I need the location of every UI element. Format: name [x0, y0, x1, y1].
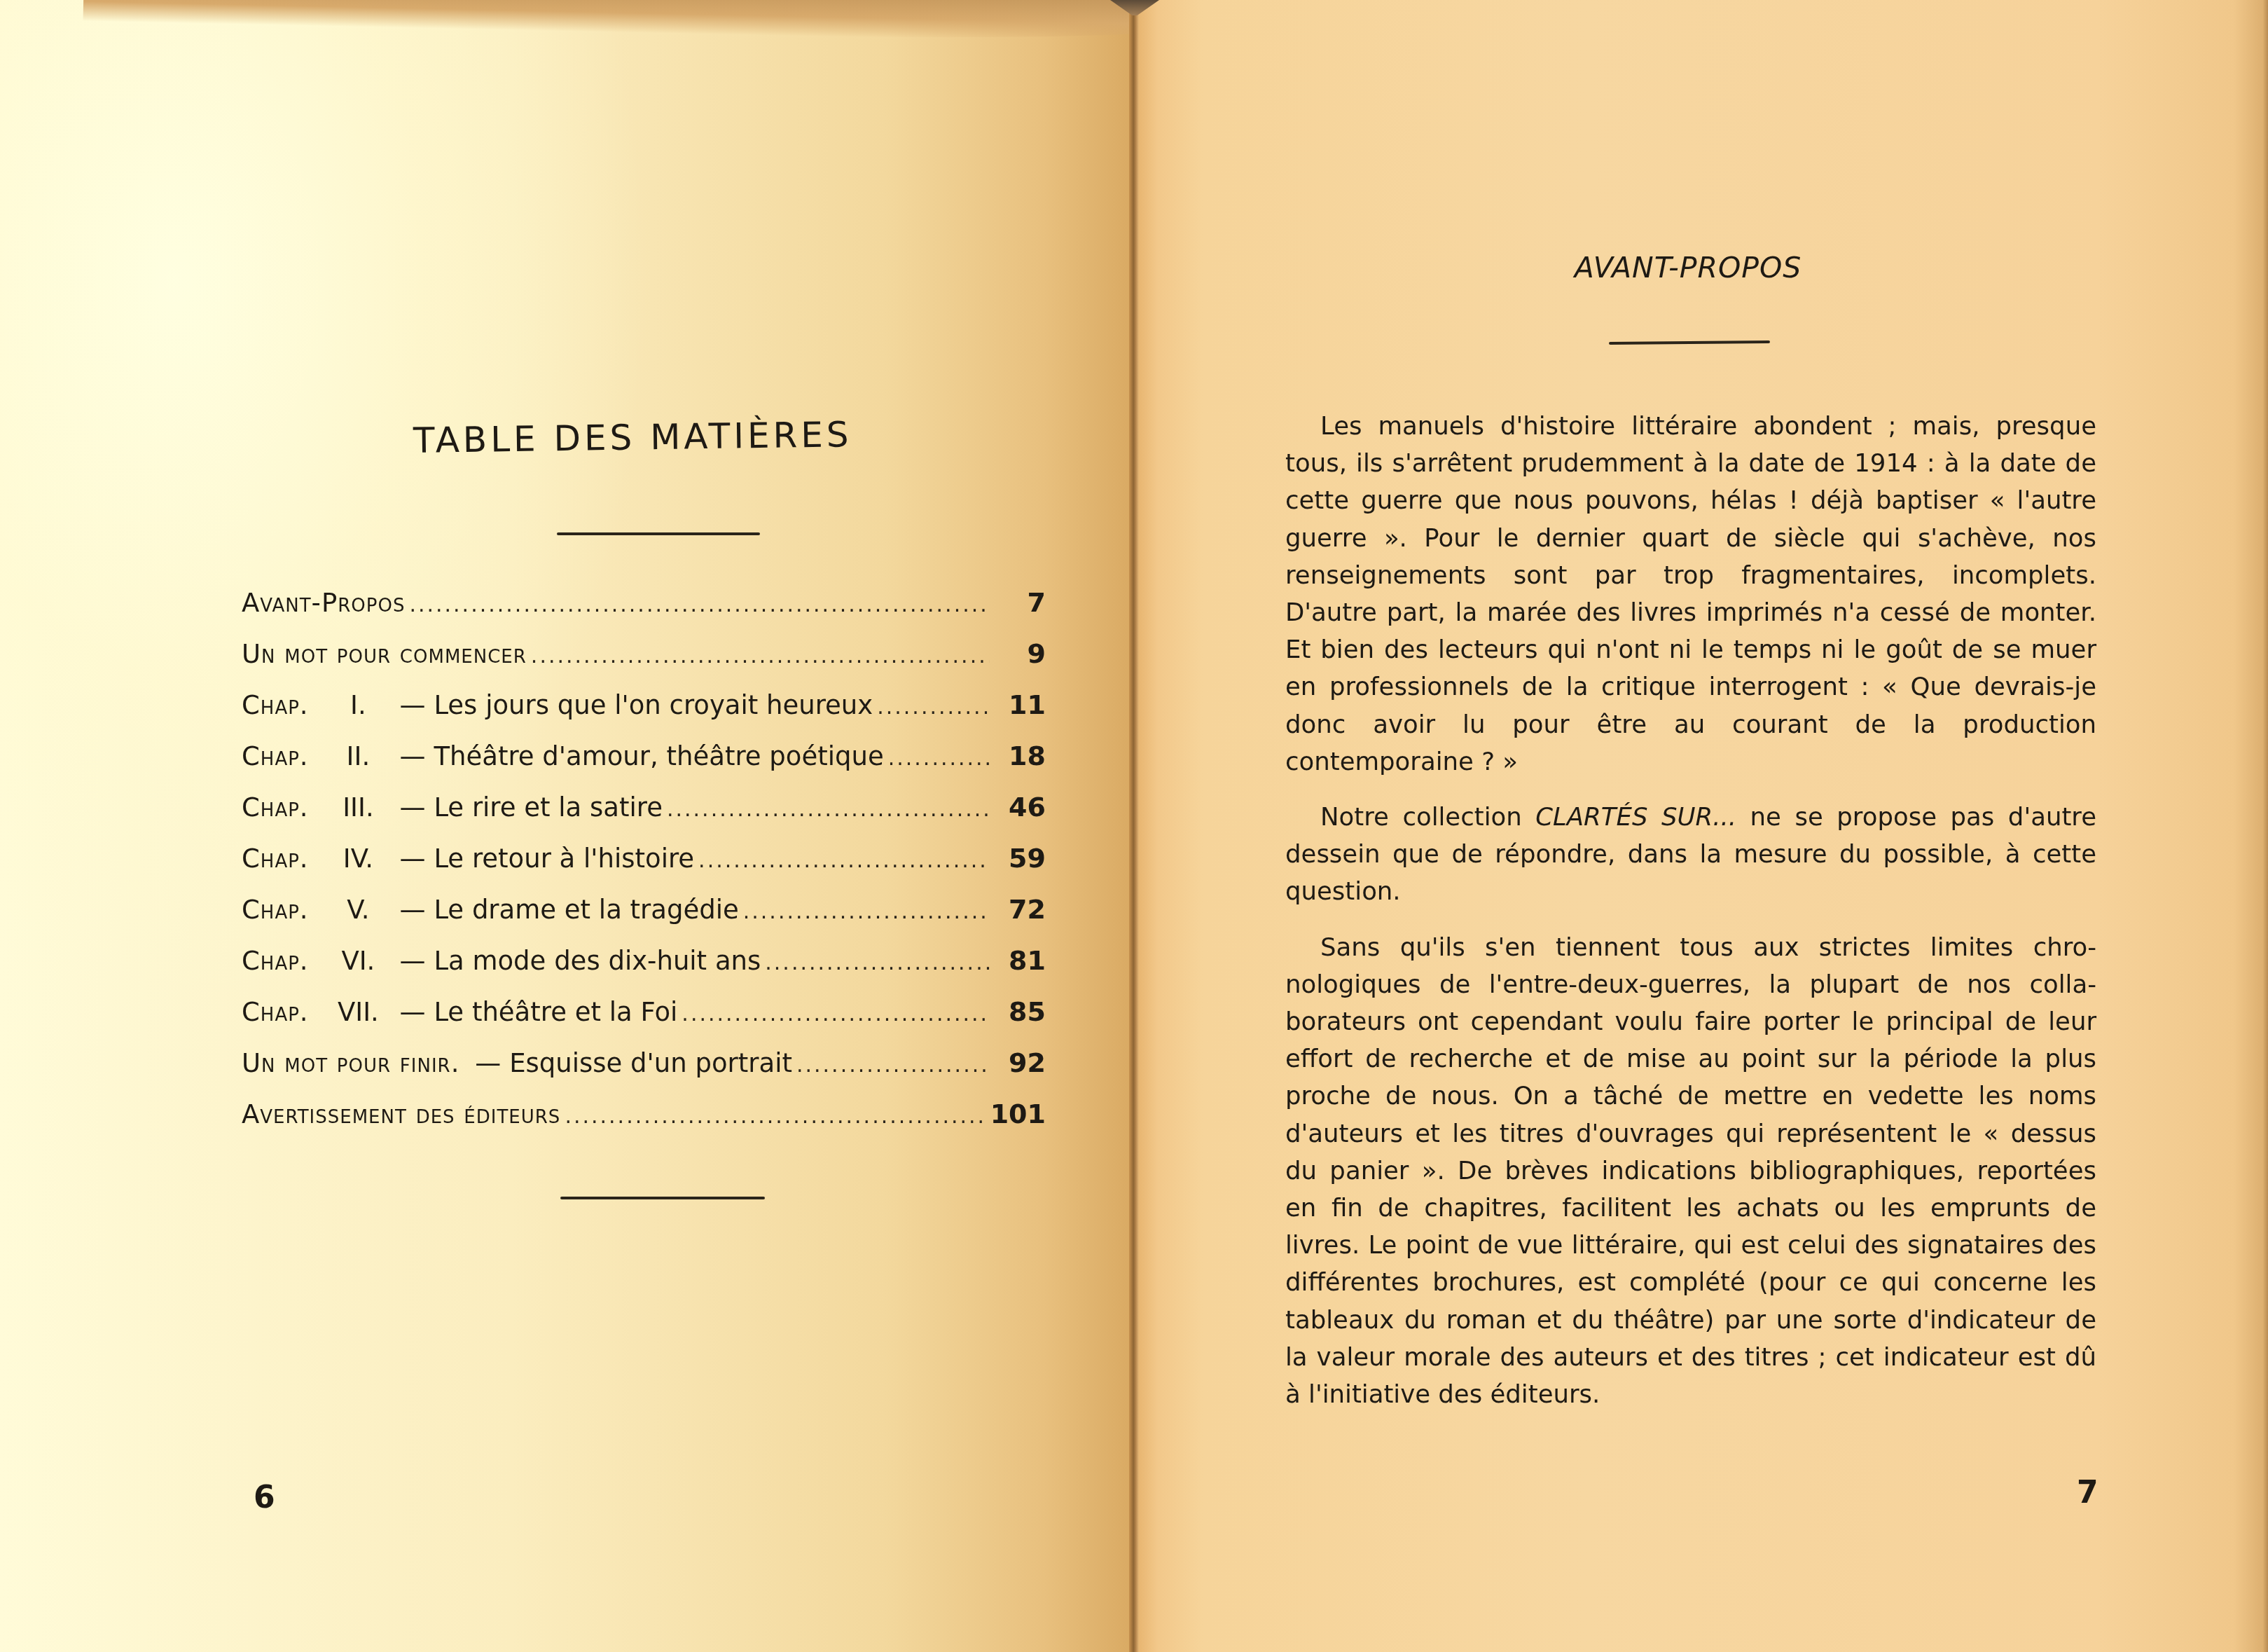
book-spread: TABLE DES MATIÈRES Avant-Propos 7 Un mot… — [0, 0, 2268, 1652]
toc-dash: — — [399, 844, 425, 874]
toc-entry-chapter-2[interactable]: Chap. II.—Théâtre d'amour, théâtre poéti… — [242, 741, 1046, 792]
toc-chapter-number: IV. — [317, 844, 399, 874]
avant-propos-title: AVANT-PROPOS — [1569, 251, 1807, 284]
toc-page-number: 85 — [997, 996, 1046, 1027]
end-divider — [560, 1197, 765, 1199]
dot-leader — [667, 797, 990, 822]
toc-entry-chapter-5[interactable]: Chap. V.—Le drame et la tragédie 72 — [242, 894, 1046, 945]
page-number-right: 7 — [2077, 1475, 2098, 1510]
toc-chap-prefix: Chap. — [242, 844, 309, 874]
toc-chap-prefix: Chap. — [242, 946, 309, 976]
book-gutter — [1129, 0, 1139, 1652]
toc-chapter-number: II. — [317, 741, 399, 771]
toc-dash: — — [399, 997, 425, 1027]
toc-page-number: 46 — [997, 792, 1046, 822]
toc-title: TABLE DES MATIÈRES — [413, 413, 904, 461]
toc-entry-chapter-3[interactable]: Chap. III.—Le rire et la satire 46 — [242, 792, 1046, 843]
toc-entry-un-mot-pour-finir[interactable]: Un mot pour finir. —Esquisse d'un portra… — [242, 1047, 1046, 1099]
left-page: TABLE DES MATIÈRES Avant-Propos 7 Un mot… — [0, 0, 1135, 1652]
title-divider — [557, 532, 760, 535]
toc-entry-avant-propos[interactable]: Avant-Propos 7 — [242, 587, 1046, 638]
toc-dash: — — [399, 690, 425, 720]
dot-leader — [682, 1002, 990, 1026]
toc-entry-chapter-1[interactable]: Chap. I.—Les jours que l'on croyait heur… — [242, 689, 1046, 741]
toc-page-number: 59 — [997, 843, 1046, 874]
toc-chapter-title: Les jours que l'on croyait heureux — [434, 690, 873, 720]
toc-chapter-number: VII. — [317, 997, 399, 1027]
table-of-contents: Avant-Propos 7 Un mot pour commencer 9 C… — [242, 587, 1046, 1150]
dot-leader — [531, 644, 990, 668]
toc-chapter-title: Le retour à l'histoire — [434, 844, 694, 874]
toc-entry-un-mot-pour-commencer[interactable]: Un mot pour commencer 9 — [242, 638, 1046, 689]
dot-leader — [743, 900, 990, 924]
avant-propos-body: Les manuels d'histoire littéraire abonde… — [1285, 408, 2096, 1431]
collection-name: CLARTÉS SUR... — [1535, 803, 1736, 832]
toc-entry-label: Avant-Propos — [242, 588, 405, 618]
toc-chapter-number: V. — [317, 895, 399, 925]
toc-entry-avertissement[interactable]: Avertissement des éditeurs 101 — [242, 1099, 1046, 1150]
paragraph-1: Les manuels d'histoire littéraire abonde… — [1285, 408, 2096, 780]
toc-chapter-title: Théâtre d'amour, théâtre poétique — [434, 741, 883, 771]
toc-page-number: 18 — [997, 741, 1046, 771]
dot-leader — [877, 695, 990, 720]
toc-chapter-number: III. — [317, 792, 399, 822]
toc-chap-prefix: Chap. — [242, 792, 309, 822]
toc-chapter-title: Le drame et la tragédie — [434, 895, 738, 925]
toc-entry-label: Un mot pour commencer — [242, 639, 527, 669]
paragraph-2: Notre collection CLARTÉS SUR... ne se pr… — [1285, 799, 2096, 911]
toc-entry-chapter-4[interactable]: Chap. IV.—Le retour à l'histoire 59 — [242, 843, 1046, 894]
toc-dash: — — [475, 1048, 501, 1078]
toc-chapter-number: I. — [317, 690, 399, 720]
toc-chap-prefix: Chap. — [242, 690, 309, 720]
dot-leader — [796, 1053, 990, 1078]
dot-leader — [698, 848, 990, 873]
toc-chapter-title: Le rire et la satire — [434, 792, 663, 822]
toc-dash: — — [399, 946, 425, 976]
toc-chapter-number: VI. — [317, 946, 399, 976]
dot-leader — [888, 746, 990, 771]
toc-entry-chapter-7[interactable]: Chap. VII.—Le théâtre et la Foi 85 — [242, 996, 1046, 1047]
paragraph-3: Sans qu'ils s'en tiennent tous aux stric… — [1285, 929, 2096, 1414]
dot-leader — [765, 951, 990, 975]
toc-page-number: 72 — [997, 894, 1046, 925]
dot-leader — [409, 593, 990, 617]
toc-page-number: 7 — [997, 587, 1046, 618]
dot-leader — [565, 1104, 983, 1129]
toc-page-number: 11 — [997, 689, 1046, 720]
toc-page-number: 9 — [997, 638, 1046, 669]
toc-dash: — — [399, 895, 425, 925]
paragraph-2-start: Notre collection — [1320, 803, 1535, 832]
toc-entry-chapter-6[interactable]: Chap. VI.—La mode des dix-huit ans 81 — [242, 945, 1046, 996]
toc-page-number: 101 — [990, 1099, 1046, 1129]
toc-entry-label: Un mot pour finir. — [242, 1048, 459, 1078]
page-number-left: 6 — [254, 1480, 275, 1515]
toc-chapter-title: La mode des dix-huit ans — [434, 946, 761, 976]
toc-chap-prefix: Chap. — [242, 997, 309, 1027]
toc-chap-prefix: Chap. — [242, 895, 309, 925]
toc-chapter-title: Le théâtre et la Foi — [434, 997, 677, 1027]
toc-dash: — — [399, 741, 425, 771]
toc-page-number: 81 — [997, 945, 1046, 976]
toc-dash: — — [399, 792, 425, 822]
toc-chap-prefix: Chap. — [242, 741, 309, 771]
toc-page-number: 92 — [997, 1047, 1046, 1078]
toc-chapter-title: Esquisse d'un portrait — [509, 1048, 792, 1078]
toc-entry-label: Avertissement des éditeurs — [242, 1099, 560, 1129]
